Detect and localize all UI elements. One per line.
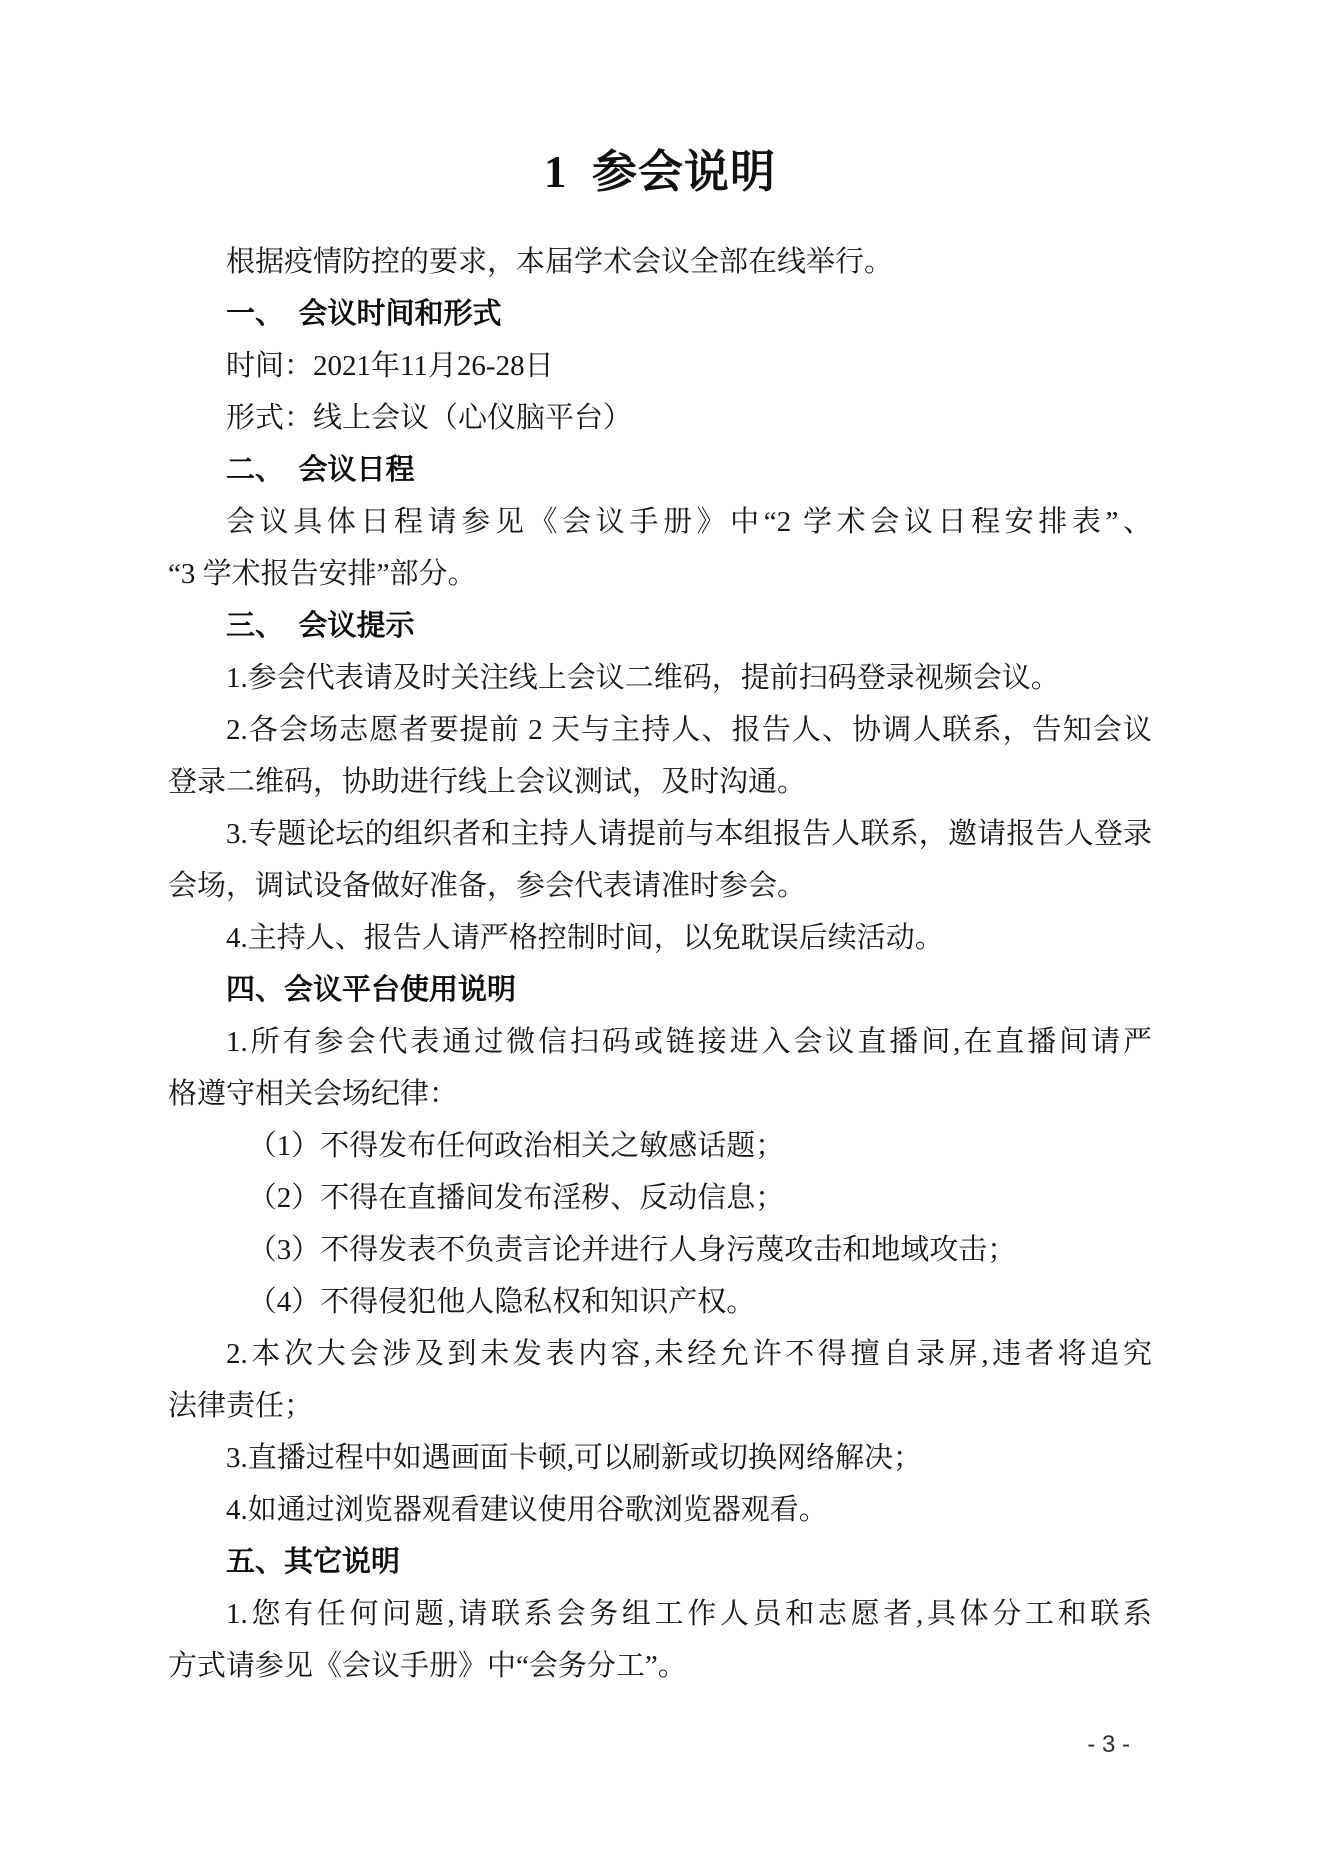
doc-line: 3.专题论坛的组织者和主持人请提前与本组报告人联系，邀请报告人登录 bbox=[168, 808, 1152, 860]
doc-line: 1.参会代表请及时关注线上会议二维码，提前扫码登录视频会议。 bbox=[168, 652, 1152, 704]
document-page: 1 参会说明 根据疫情防控的要求，本届学术会议全部在线举行。 一、 会议时间和形… bbox=[0, 0, 1323, 1871]
section-heading-2: 二、 会议日程 bbox=[168, 444, 1152, 496]
section-heading-5: 五、其它说明 bbox=[168, 1536, 1152, 1588]
doc-line: 2.本次大会涉及到未发表内容,未经允许不得擅自录屏,违者将追究 bbox=[168, 1328, 1152, 1380]
doc-line: 根据疫情防控的要求，本届学术会议全部在线举行。 bbox=[168, 236, 1152, 288]
doc-line: 方式请参见《会议手册》中“会务分工”。 bbox=[168, 1640, 1152, 1692]
section-heading-1: 一、 会议时间和形式 bbox=[168, 288, 1152, 340]
doc-line: （1）不得发布任何政治相关之敏感话题； bbox=[168, 1120, 1152, 1172]
doc-line: 1.所有参会代表通过微信扫码或链接进入会议直播间,在直播间请严 bbox=[168, 1016, 1152, 1068]
doc-line: 1.您有任何问题,请联系会务组工作人员和志愿者,具体分工和联系 bbox=[168, 1588, 1152, 1640]
doc-line: “3 学术报告安排”部分。 bbox=[168, 548, 1152, 600]
doc-line: 登录二维码，协助进行线上会议测试，及时沟通。 bbox=[168, 756, 1152, 808]
doc-line: 4.如通过浏览器观看建议使用谷歌浏览器观看。 bbox=[168, 1484, 1152, 1536]
doc-line: 格遵守相关会场纪律： bbox=[168, 1068, 1152, 1120]
doc-line: 形式：线上会议（心仪脑平台） bbox=[168, 392, 1152, 444]
section-heading-3: 三、 会议提示 bbox=[168, 600, 1152, 652]
page-number: - 3 - bbox=[1087, 1731, 1130, 1759]
doc-line: （3）不得发表不负责言论并进行人身污蔑攻击和地域攻击； bbox=[168, 1224, 1152, 1276]
doc-line: 法律责任； bbox=[168, 1380, 1152, 1432]
doc-line: 3.直播过程中如遇画面卡顿,可以刷新或切换网络解决； bbox=[168, 1432, 1152, 1484]
doc-line: （4）不得侵犯他人隐私权和知识产权。 bbox=[168, 1276, 1152, 1328]
document-body: 根据疫情防控的要求，本届学术会议全部在线举行。 一、 会议时间和形式 时间：20… bbox=[168, 236, 1152, 1692]
doc-line: 会场，调试设备做好准备，参会代表请准时参会。 bbox=[168, 860, 1152, 912]
doc-line: 会议具体日程请参见《会议手册》中“2 学术会议日程安排表”、 bbox=[168, 496, 1152, 548]
doc-line: 4.主持人、报告人请严格控制时间，以免耽误后续活动。 bbox=[168, 912, 1152, 964]
section-heading-4: 四、会议平台使用说明 bbox=[168, 964, 1152, 1016]
doc-line: （2）不得在直播间发布淫秽、反动信息； bbox=[168, 1172, 1152, 1224]
page-title: 1 参会说明 bbox=[168, 140, 1152, 204]
doc-line: 2.各会场志愿者要提前 2 天与主持人、报告人、协调人联系，告知会议 bbox=[168, 704, 1152, 756]
doc-line: 时间：2021年11月26-28日 bbox=[168, 340, 1152, 392]
